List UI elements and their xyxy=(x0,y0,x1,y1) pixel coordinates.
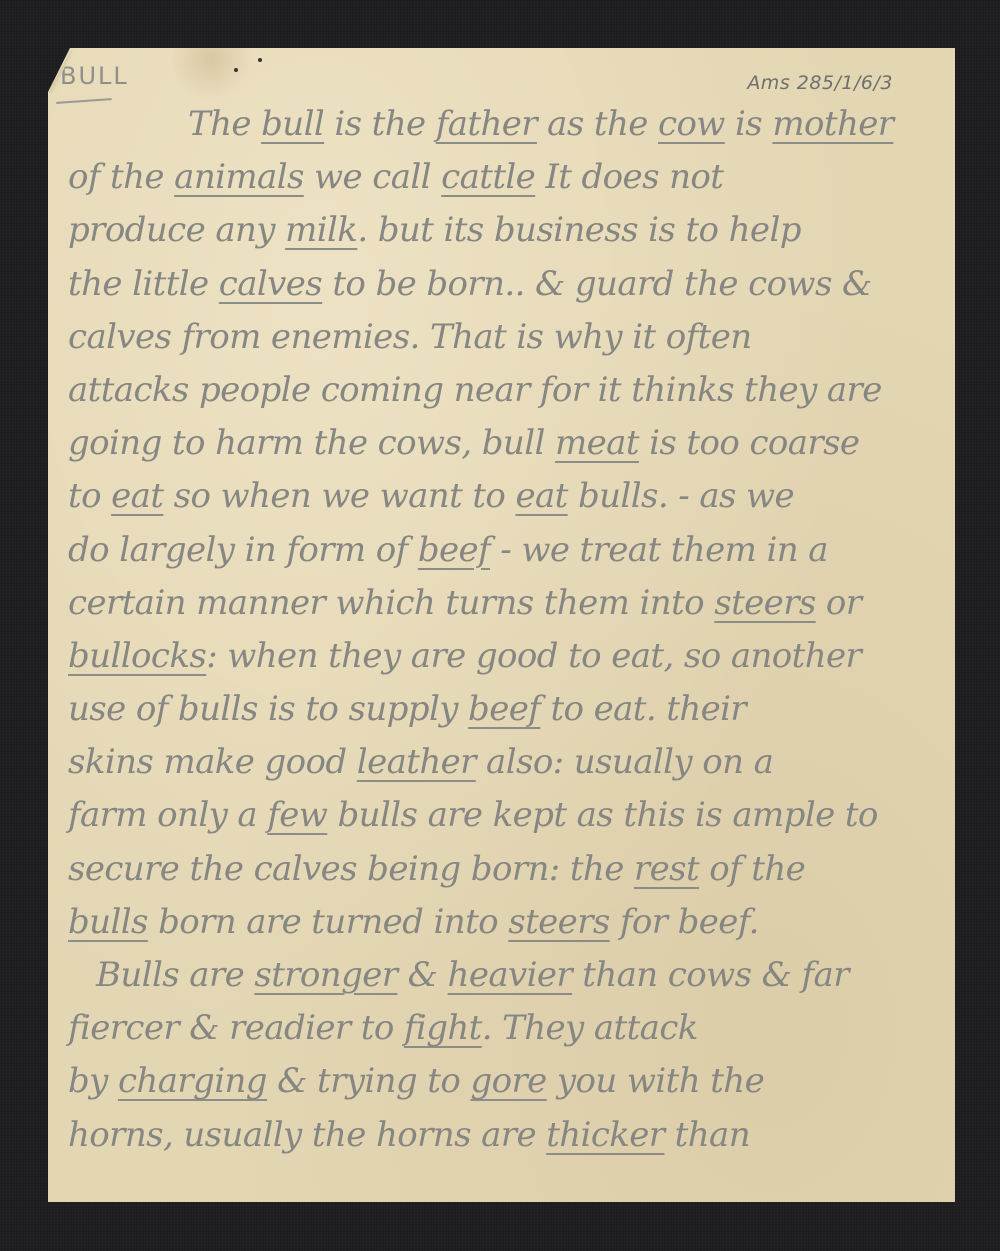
text-segment: we call xyxy=(304,157,441,197)
text-line: by charging & trying to gore you with th… xyxy=(68,1055,935,1108)
text-segment: of the xyxy=(68,157,174,197)
text-line: The bull is the father as the cow is mot… xyxy=(68,98,935,151)
handwritten-text-body: The bull is the father as the cow is mot… xyxy=(68,98,935,1162)
underlined-word: fight xyxy=(404,1008,482,1048)
underlined-word: leather xyxy=(357,742,476,782)
underlined-word: cow xyxy=(658,104,725,144)
text-segment: is xyxy=(725,104,773,144)
text-segment: also: usually on a xyxy=(476,742,773,782)
text-line: horns, usually the horns are thicker tha… xyxy=(68,1109,935,1162)
text-line: bullocks: when they are good to eat, so … xyxy=(68,630,935,683)
text-segment: going to harm the cows, bull xyxy=(68,423,555,463)
text-segment: calves from enemies. That is why it ofte… xyxy=(68,317,752,357)
text-segment: skins make good xyxy=(68,742,357,782)
underlined-word: cattle xyxy=(441,157,535,197)
text-segment: Bulls are xyxy=(96,955,254,995)
text-segment: attacks people coming near for it thinks… xyxy=(68,370,882,410)
text-segment: is too coarse xyxy=(639,423,860,463)
text-line: calves from enemies. That is why it ofte… xyxy=(68,311,935,364)
text-segment: as the xyxy=(537,104,658,144)
text-segment: bulls are kept as this is ample to xyxy=(327,795,877,835)
underlined-word: few xyxy=(267,795,327,835)
underlined-word: bullocks xyxy=(68,636,206,676)
text-line: Bulls are stronger & heavier than cows &… xyxy=(68,949,935,1002)
text-line: do largely in form of beef - we treat th… xyxy=(68,524,935,577)
underlined-word: stronger xyxy=(254,955,397,995)
text-segment: horns, usually the horns are xyxy=(68,1115,546,1155)
text-segment: to be born.. & guard the cows & xyxy=(322,264,872,304)
text-segment: by xyxy=(68,1061,118,1101)
underlined-word: bulls xyxy=(68,902,148,942)
underlined-word: eat xyxy=(515,476,567,516)
text-line: of the animals we call cattle It does no… xyxy=(68,151,935,204)
text-line: fiercer & readier to fight. They attack xyxy=(68,1002,935,1055)
underlined-word: eat xyxy=(111,476,163,516)
text-segment: bulls. - as we xyxy=(568,476,794,516)
underlined-word: rest xyxy=(634,849,699,889)
text-segment: to eat. their xyxy=(540,689,746,729)
underlined-word: gore xyxy=(470,1061,546,1101)
underlined-word: steers xyxy=(508,902,609,942)
text-segment: of the xyxy=(699,849,805,889)
text-segment: : when they are good to eat, so another xyxy=(206,636,861,676)
text-line: the little calves to be born.. & guard t… xyxy=(68,258,935,311)
underlined-word: mother xyxy=(772,104,893,144)
underlined-word: charging xyxy=(118,1061,267,1101)
text-line: skins make good leather also: usually on… xyxy=(68,736,935,789)
text-segment: secure the calves being born: the xyxy=(68,849,634,889)
underlined-word: steers xyxy=(714,583,815,623)
underlined-word: beef xyxy=(418,530,490,570)
underlined-word: milk xyxy=(285,210,357,250)
text-segment: so when we want to xyxy=(163,476,515,516)
speck xyxy=(234,68,238,72)
text-segment: . but its business is to help xyxy=(357,210,801,250)
text-segment: It does not xyxy=(535,157,723,197)
underlined-word: meat xyxy=(555,423,639,463)
underlined-word: bull xyxy=(261,104,324,144)
text-segment: & trying to xyxy=(267,1061,471,1101)
text-line: to eat so when we want to eat bulls. - a… xyxy=(68,470,935,523)
text-segment: . They attack xyxy=(482,1008,698,1048)
text-segment: & xyxy=(397,955,447,995)
text-segment: fiercer & readier to xyxy=(68,1008,404,1048)
underlined-word: calves xyxy=(219,264,322,304)
manuscript-page: BULL Ams 285/1/6/3 The bull is the fathe… xyxy=(48,48,955,1202)
speck xyxy=(258,58,262,62)
text-line: bulls born are turned into steers for be… xyxy=(68,896,935,949)
text-line: going to harm the cows, bull meat is too… xyxy=(68,417,935,470)
underlined-word: heavier xyxy=(448,955,573,995)
text-segment: or xyxy=(816,583,862,623)
text-segment: than xyxy=(664,1115,750,1155)
text-segment: the little xyxy=(68,264,219,304)
underlined-word: beef xyxy=(468,689,540,729)
text-segment: than cows & far xyxy=(572,955,849,995)
page-heading: BULL xyxy=(60,62,129,90)
text-segment: you with the xyxy=(547,1061,764,1101)
archive-reference-number: Ams 285/1/6/3 xyxy=(747,72,893,94)
text-segment: The xyxy=(188,104,261,144)
underlined-word: thicker xyxy=(546,1115,664,1155)
text-segment: to xyxy=(68,476,111,516)
text-segment: born are turned into xyxy=(148,902,508,942)
text-line: secure the calves being born: the rest o… xyxy=(68,843,935,896)
text-line: certain manner which turns them into ste… xyxy=(68,577,935,630)
text-segment: do largely in form of xyxy=(68,530,418,570)
text-segment: - we treat them in a xyxy=(490,530,828,570)
text-segment: produce any xyxy=(68,210,285,250)
text-line: use of bulls is to supply beef to eat. t… xyxy=(68,683,935,736)
text-line: farm only a few bulls are kept as this i… xyxy=(68,789,935,842)
text-segment: for beef. xyxy=(610,902,759,942)
underlined-word: father xyxy=(436,104,537,144)
text-segment: certain manner which turns them into xyxy=(68,583,714,623)
text-segment: is the xyxy=(324,104,436,144)
text-segment: use of bulls is to supply xyxy=(68,689,468,729)
text-line: produce any milk. but its business is to… xyxy=(68,204,935,257)
underlined-word: animals xyxy=(174,157,304,197)
text-line: attacks people coming near for it thinks… xyxy=(68,364,935,417)
text-segment: farm only a xyxy=(68,795,267,835)
